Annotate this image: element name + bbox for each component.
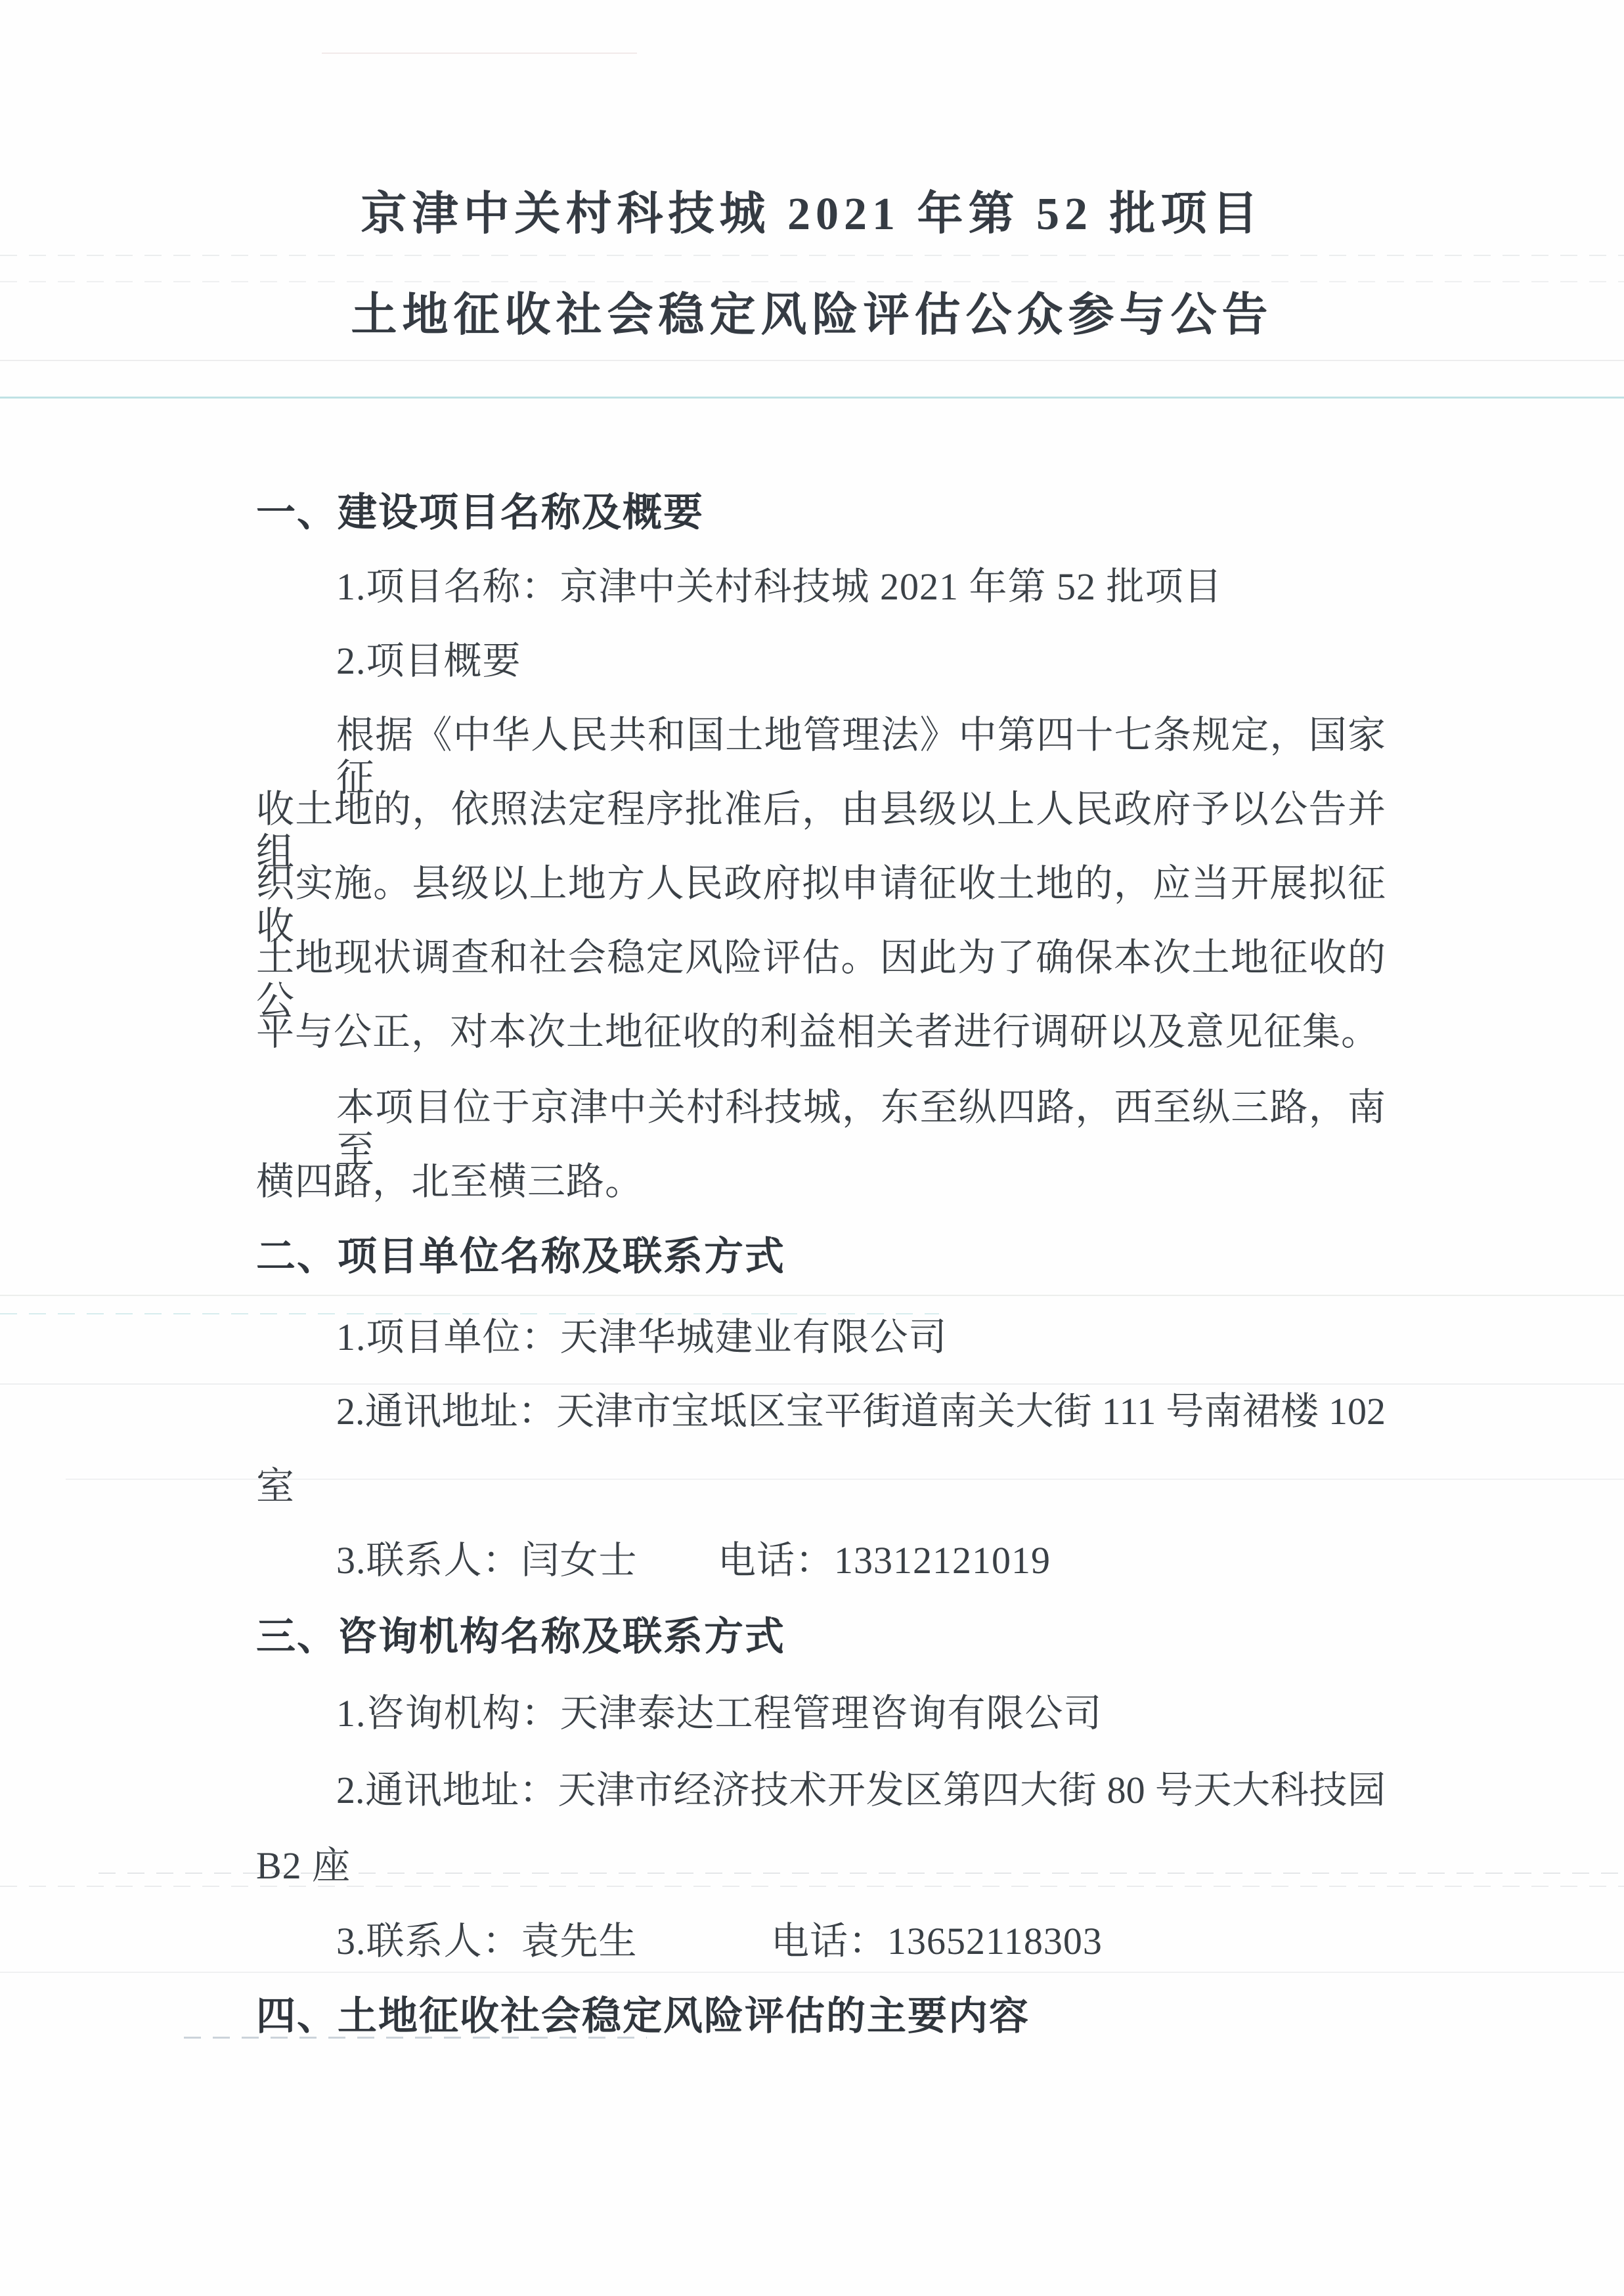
agency-address-line1: 2.通讯地址：天津市经济技术开发区第四大街 80 号天大科技园 (336, 1769, 1386, 1812)
scan-streak-cyan (0, 1313, 939, 1314)
agency-contact-name: 3.联系人：袁先生 (336, 1920, 638, 1963)
consult-agency-item: 1.咨询机构：天津泰达工程管理咨询有限公司 (336, 1693, 1103, 1735)
scan-streak (322, 53, 637, 54)
scan-streak (0, 1383, 1624, 1385)
paragraph2-line1: 本项目位于京津中关村科技城，东至纵四路，西至纵三路，南至 (336, 1087, 1386, 1172)
scanned-document-page: 京津中关村科技城 2021 年第 52 批项目 土地征收社会稳定风险评估公众参与… (0, 0, 1624, 2296)
scan-streak (66, 1479, 1624, 1480)
paragraph1-line4: 土地现状调查和社会稳定风险评估。因此为了确保本次土地征收的公 (256, 937, 1386, 1022)
scan-streak (0, 1972, 1624, 1973)
section-heading-4: 四、土地征收社会稳定风险评估的主要内容 (256, 1995, 1030, 2039)
unit-contact-phone: 电话：13312121019 (718, 1540, 1051, 1582)
scan-streak-cyan (0, 397, 1624, 399)
unit-contact-name: 3.联系人：闫女士 (336, 1540, 638, 1582)
paragraph1-line2: 收土地的，依照法定程序批准后，由县级以上人民政府予以公告并组 (256, 789, 1386, 874)
agency-contact-phone: 电话：13652118303 (771, 1920, 1103, 1963)
section-heading-1: 一、建设项目名称及概要 (256, 491, 704, 535)
scan-streak (0, 1886, 1624, 1887)
page-title-line2: 土地征收社会稳定风险评估公众参与公告 (0, 290, 1624, 341)
paragraph1-line3: 织实施。县级以上地方人民政府拟申请征收土地的，应当开展拟征收 (256, 863, 1386, 948)
section-heading-3: 三、咨询机构名称及联系方式 (256, 1615, 785, 1659)
paragraph1-line1: 根据《中华人民共和国土地管理法》中第四十七条规定，国家征 (336, 714, 1386, 800)
project-unit-item: 1.项目单位：天津华城建业有限公司 (336, 1316, 948, 1359)
project-name-item: 1.项目名称：京津中关村科技城 2021 年第 52 批项目 (336, 566, 1223, 609)
paragraph1-line5: 平与公正，对本次土地征收的利益相关者进行调研以及意见征集。 (256, 1011, 1380, 1054)
project-summary-item: 2.项目概要 (336, 640, 521, 683)
paragraph2-line2: 横四路，北至横三路。 (256, 1161, 644, 1203)
scan-streak (0, 360, 1624, 361)
scan-streak (0, 255, 1624, 256)
scan-streak (0, 281, 1624, 282)
scan-streak (0, 1295, 1624, 1296)
agency-address-line2: B2 座 (256, 1845, 351, 1888)
section-heading-2: 二、项目单位名称及联系方式 (256, 1235, 785, 1279)
page-title-line1: 京津中关村科技城 2021 年第 52 批项目 (0, 189, 1624, 240)
unit-address-line2: 室 (256, 1465, 295, 1508)
unit-address-line1: 2.通讯地址：天津市宝坻区宝平街道南关大街 111 号南裙楼 102 (336, 1391, 1386, 1433)
